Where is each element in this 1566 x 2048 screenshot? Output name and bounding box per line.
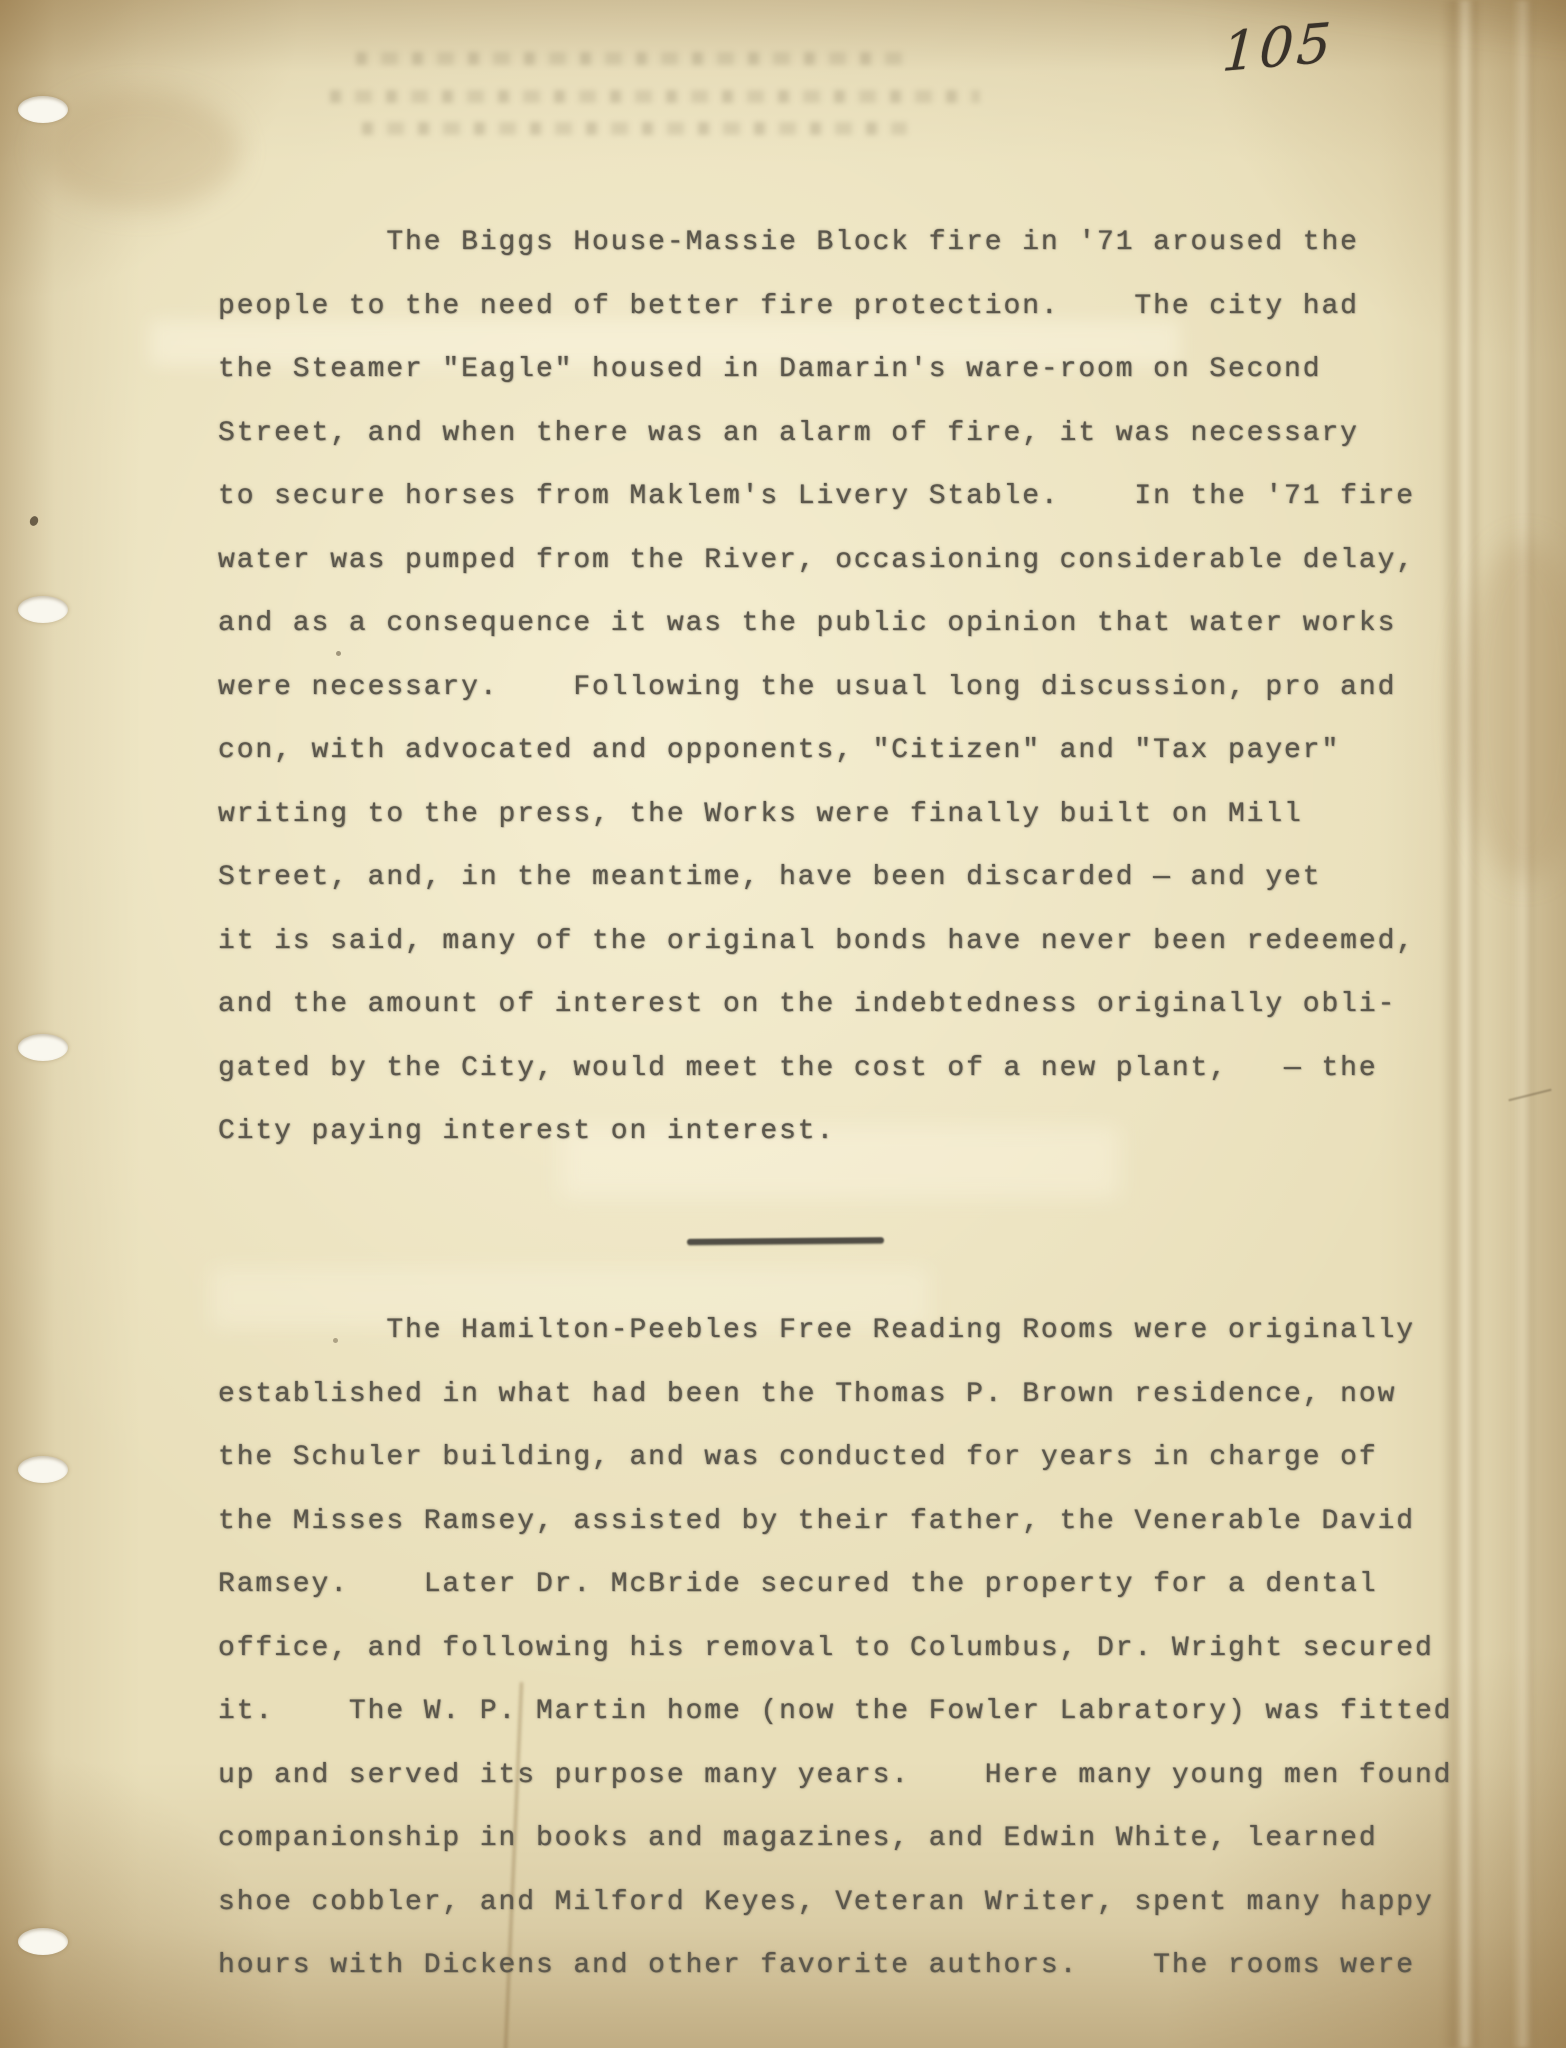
typed-line: shoe cobbler, and Milford Keyes, Veteran…: [218, 1871, 1452, 1935]
typed-line: and the amount of interest on the indebt…: [218, 973, 1415, 1037]
punch-hole: [18, 596, 68, 623]
typed-line: Street, and when there was an alarm of f…: [218, 402, 1415, 466]
typed-line: The Hamilton-Peebles Free Reading Rooms …: [218, 1299, 1452, 1363]
typed-line: writing to the press, the Works were fin…: [218, 783, 1415, 847]
typed-line: it is said, many of the original bonds h…: [218, 910, 1415, 974]
paper-stain: [40, 90, 240, 210]
typed-line: The Biggs House-Massie Block fire in '71…: [218, 211, 1415, 275]
typed-line: were necessary. Following the usual long…: [218, 656, 1415, 720]
punch-hole: [18, 96, 68, 123]
typed-line: it. The W. P. Martin home (now the Fowle…: [218, 1680, 1452, 1744]
typed-line: gated by the City, would meet the cost o…: [218, 1037, 1415, 1101]
bleed-through-text: [330, 90, 980, 103]
typed-line: Ramsey. Later Dr. McBride secured the pr…: [218, 1553, 1452, 1617]
punch-hole: [18, 1928, 68, 1955]
scanned-document-page: 105 The Biggs House-Massie Block fire in…: [0, 0, 1566, 2048]
typed-line: people to the need of better fire protec…: [218, 275, 1415, 339]
typed-line: City paying interest on interest.: [218, 1100, 1415, 1164]
typed-line: water was pumped from the River, occasio…: [218, 529, 1415, 593]
ink-speck: [28, 515, 39, 527]
paper-crease-right-ridge: [1512, 0, 1534, 2048]
typed-line: the Schuler building, and was conducted …: [218, 1426, 1452, 1490]
typed-line: Street, and, in the meantime, have been …: [218, 846, 1415, 910]
punch-hole: [18, 1034, 68, 1061]
typed-line: office, and following his removal to Col…: [218, 1617, 1452, 1681]
paper-stain: [1460, 540, 1566, 880]
bleed-through-text: [362, 122, 907, 135]
typed-line: and as a consequence it was the public o…: [218, 592, 1415, 656]
typed-line: companionship in books and magazines, an…: [218, 1807, 1452, 1871]
punch-hole: [18, 1456, 68, 1483]
section-divider-rule: [687, 1237, 884, 1245]
typed-line: to secure horses from Maklem's Livery St…: [218, 465, 1415, 529]
typed-line: established in what had been the Thomas …: [218, 1363, 1452, 1427]
typed-line: hours with Dickens and other favorite au…: [218, 1934, 1452, 1998]
typed-paragraph-fire-waterworks: The Biggs House-Massie Block fire in '71…: [218, 211, 1415, 1164]
typed-paragraph-reading-rooms: The Hamilton-Peebles Free Reading Rooms …: [218, 1299, 1452, 1998]
typed-line: the Misses Ramsey, assisted by their fat…: [218, 1490, 1452, 1554]
typed-line: up and served its purpose many years. He…: [218, 1744, 1452, 1808]
typed-line: the Steamer "Eagle" housed in Damarin's …: [218, 338, 1415, 402]
pencil-mark: [1508, 1089, 1551, 1102]
page-number-handwritten: 105: [1221, 11, 1336, 84]
bleed-through-text: [356, 52, 916, 65]
typed-line: con, with advocated and opponents, "Citi…: [218, 719, 1415, 783]
